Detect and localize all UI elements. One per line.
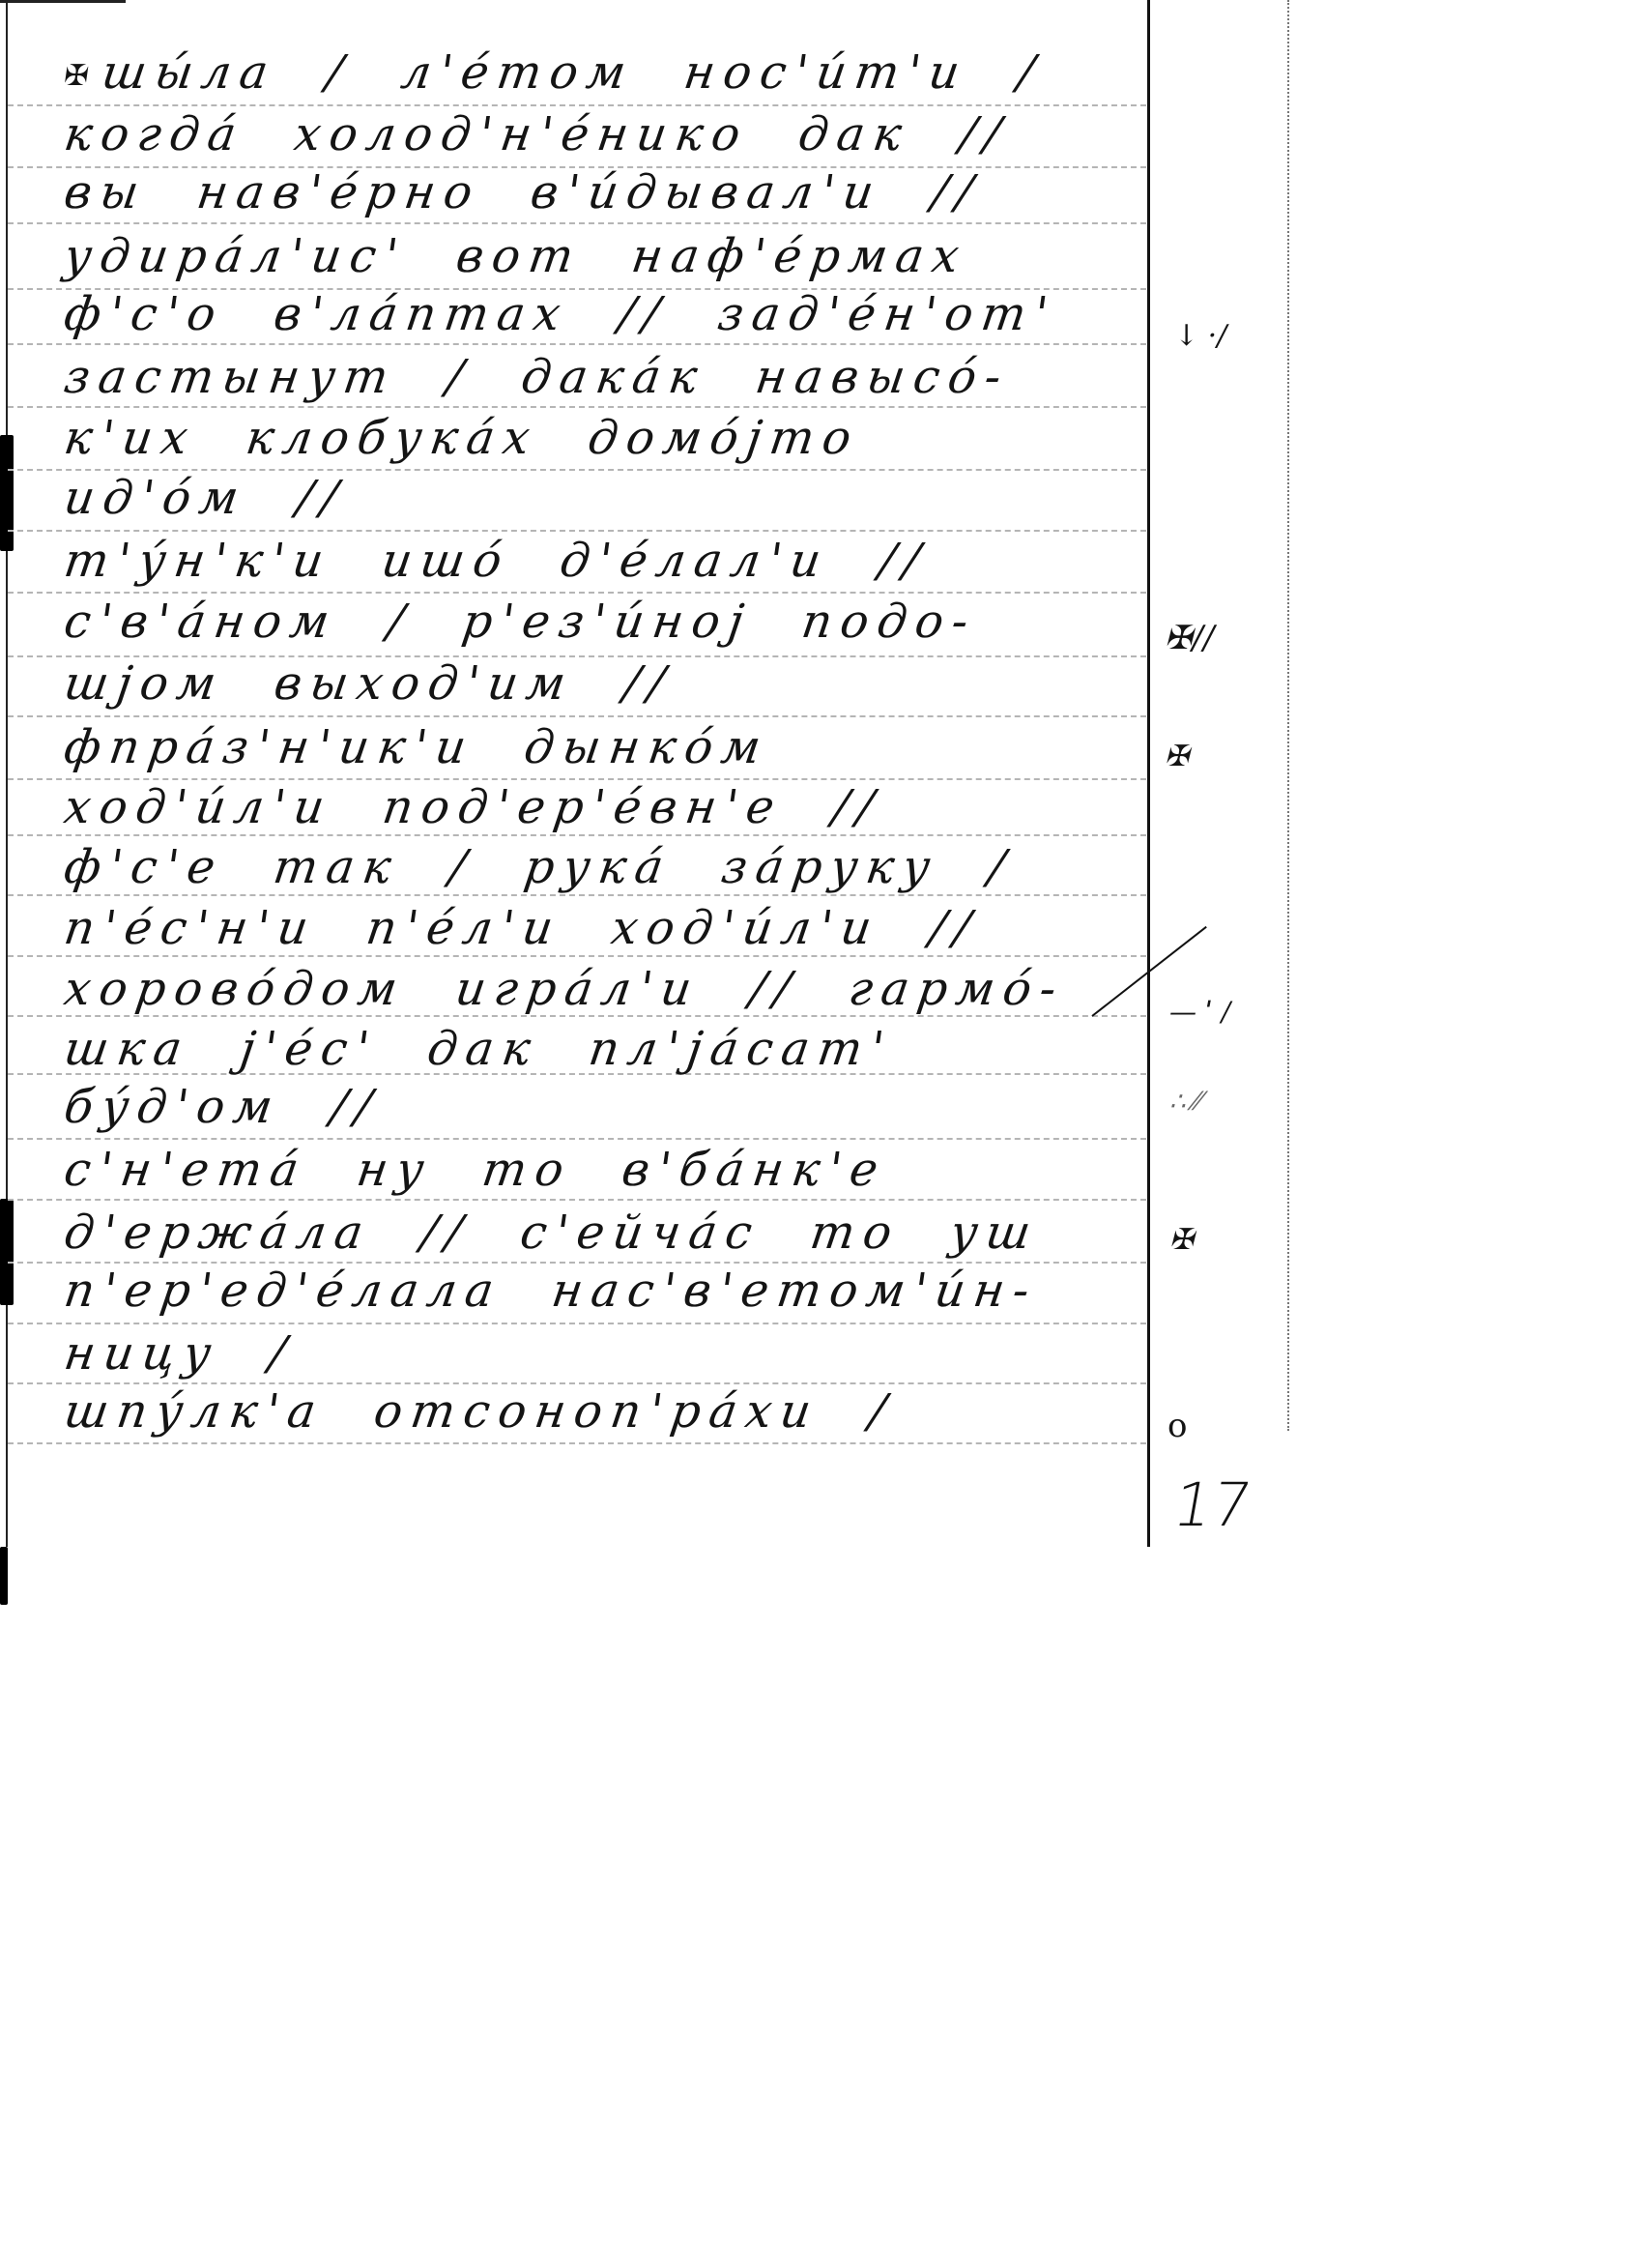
margin-note: ✠ xyxy=(1169,1223,1194,1257)
outer-dotted-rule xyxy=(1287,0,1290,1431)
page-number: 17 xyxy=(1168,1469,1257,1540)
text-line: шпу́лк'а отсоноп'ра́хи / xyxy=(60,1378,1152,1445)
cross-mark-icon: ✠ xyxy=(62,59,91,93)
text-line: ид'о́м // xyxy=(60,464,1152,532)
text-line: шјом выход'им // xyxy=(60,650,1152,717)
text-line: п'е́с'н'и п'е́л'и ход'и́л'и // xyxy=(60,894,1152,962)
text-line: ф'с'о в'ла́птах // зад'е́н'от' xyxy=(60,280,1152,348)
margin-note: o xyxy=(1167,1407,1187,1445)
text-line: ход'и́л'и под'ер'е́вн'е // xyxy=(60,773,1152,841)
margin-note: ✠// xyxy=(1165,619,1214,657)
text-line: фпра́з'н'ик'и дынко́м xyxy=(60,713,1152,781)
text-line: с'в'а́ном / р'ез'и́ној подо- xyxy=(60,588,1152,655)
binding-mark xyxy=(0,1199,14,1305)
text-line: т'у́н'к'и ишо́ д'е́лал'и // xyxy=(60,527,1152,595)
text-line: к'их клобука́х домо́јто xyxy=(60,404,1152,472)
binding-mark xyxy=(0,435,14,551)
margin-note: ✠ xyxy=(1165,740,1189,773)
text-line: ф'с'е так / рука́ за́руку / xyxy=(60,833,1152,901)
text-line: застынут / дака́к навысо́- xyxy=(60,343,1152,411)
text-line: ✠шы́ла / л'е́том нос'и́т'и / xyxy=(60,39,1152,106)
text-line: хорово́дом игра́л'и // гармо́- xyxy=(60,955,1152,1023)
margin-note: ∴ ⁄⁄ xyxy=(1169,1088,1202,1117)
margin-note: ↓ ·/ xyxy=(1174,319,1226,353)
binding-mark xyxy=(0,1547,8,1605)
document-page: ✠шы́ла / л'е́том нос'и́т'и / когда́ холо… xyxy=(0,0,1643,2268)
text-line: бу́д'ом // xyxy=(60,1073,1152,1141)
text-line: с'н'ета́ ну то в'ба́нк'е xyxy=(60,1136,1152,1204)
text-line: вы нав'е́рно в'и́дывал'и // xyxy=(60,159,1152,226)
text-line: п'ер'ед'е́лала нас'в'етом'и́н- xyxy=(60,1257,1152,1324)
margin-note: — ˈ / xyxy=(1169,996,1230,1028)
scan-top-edge xyxy=(0,0,126,3)
scan-left-edge xyxy=(6,0,8,1547)
